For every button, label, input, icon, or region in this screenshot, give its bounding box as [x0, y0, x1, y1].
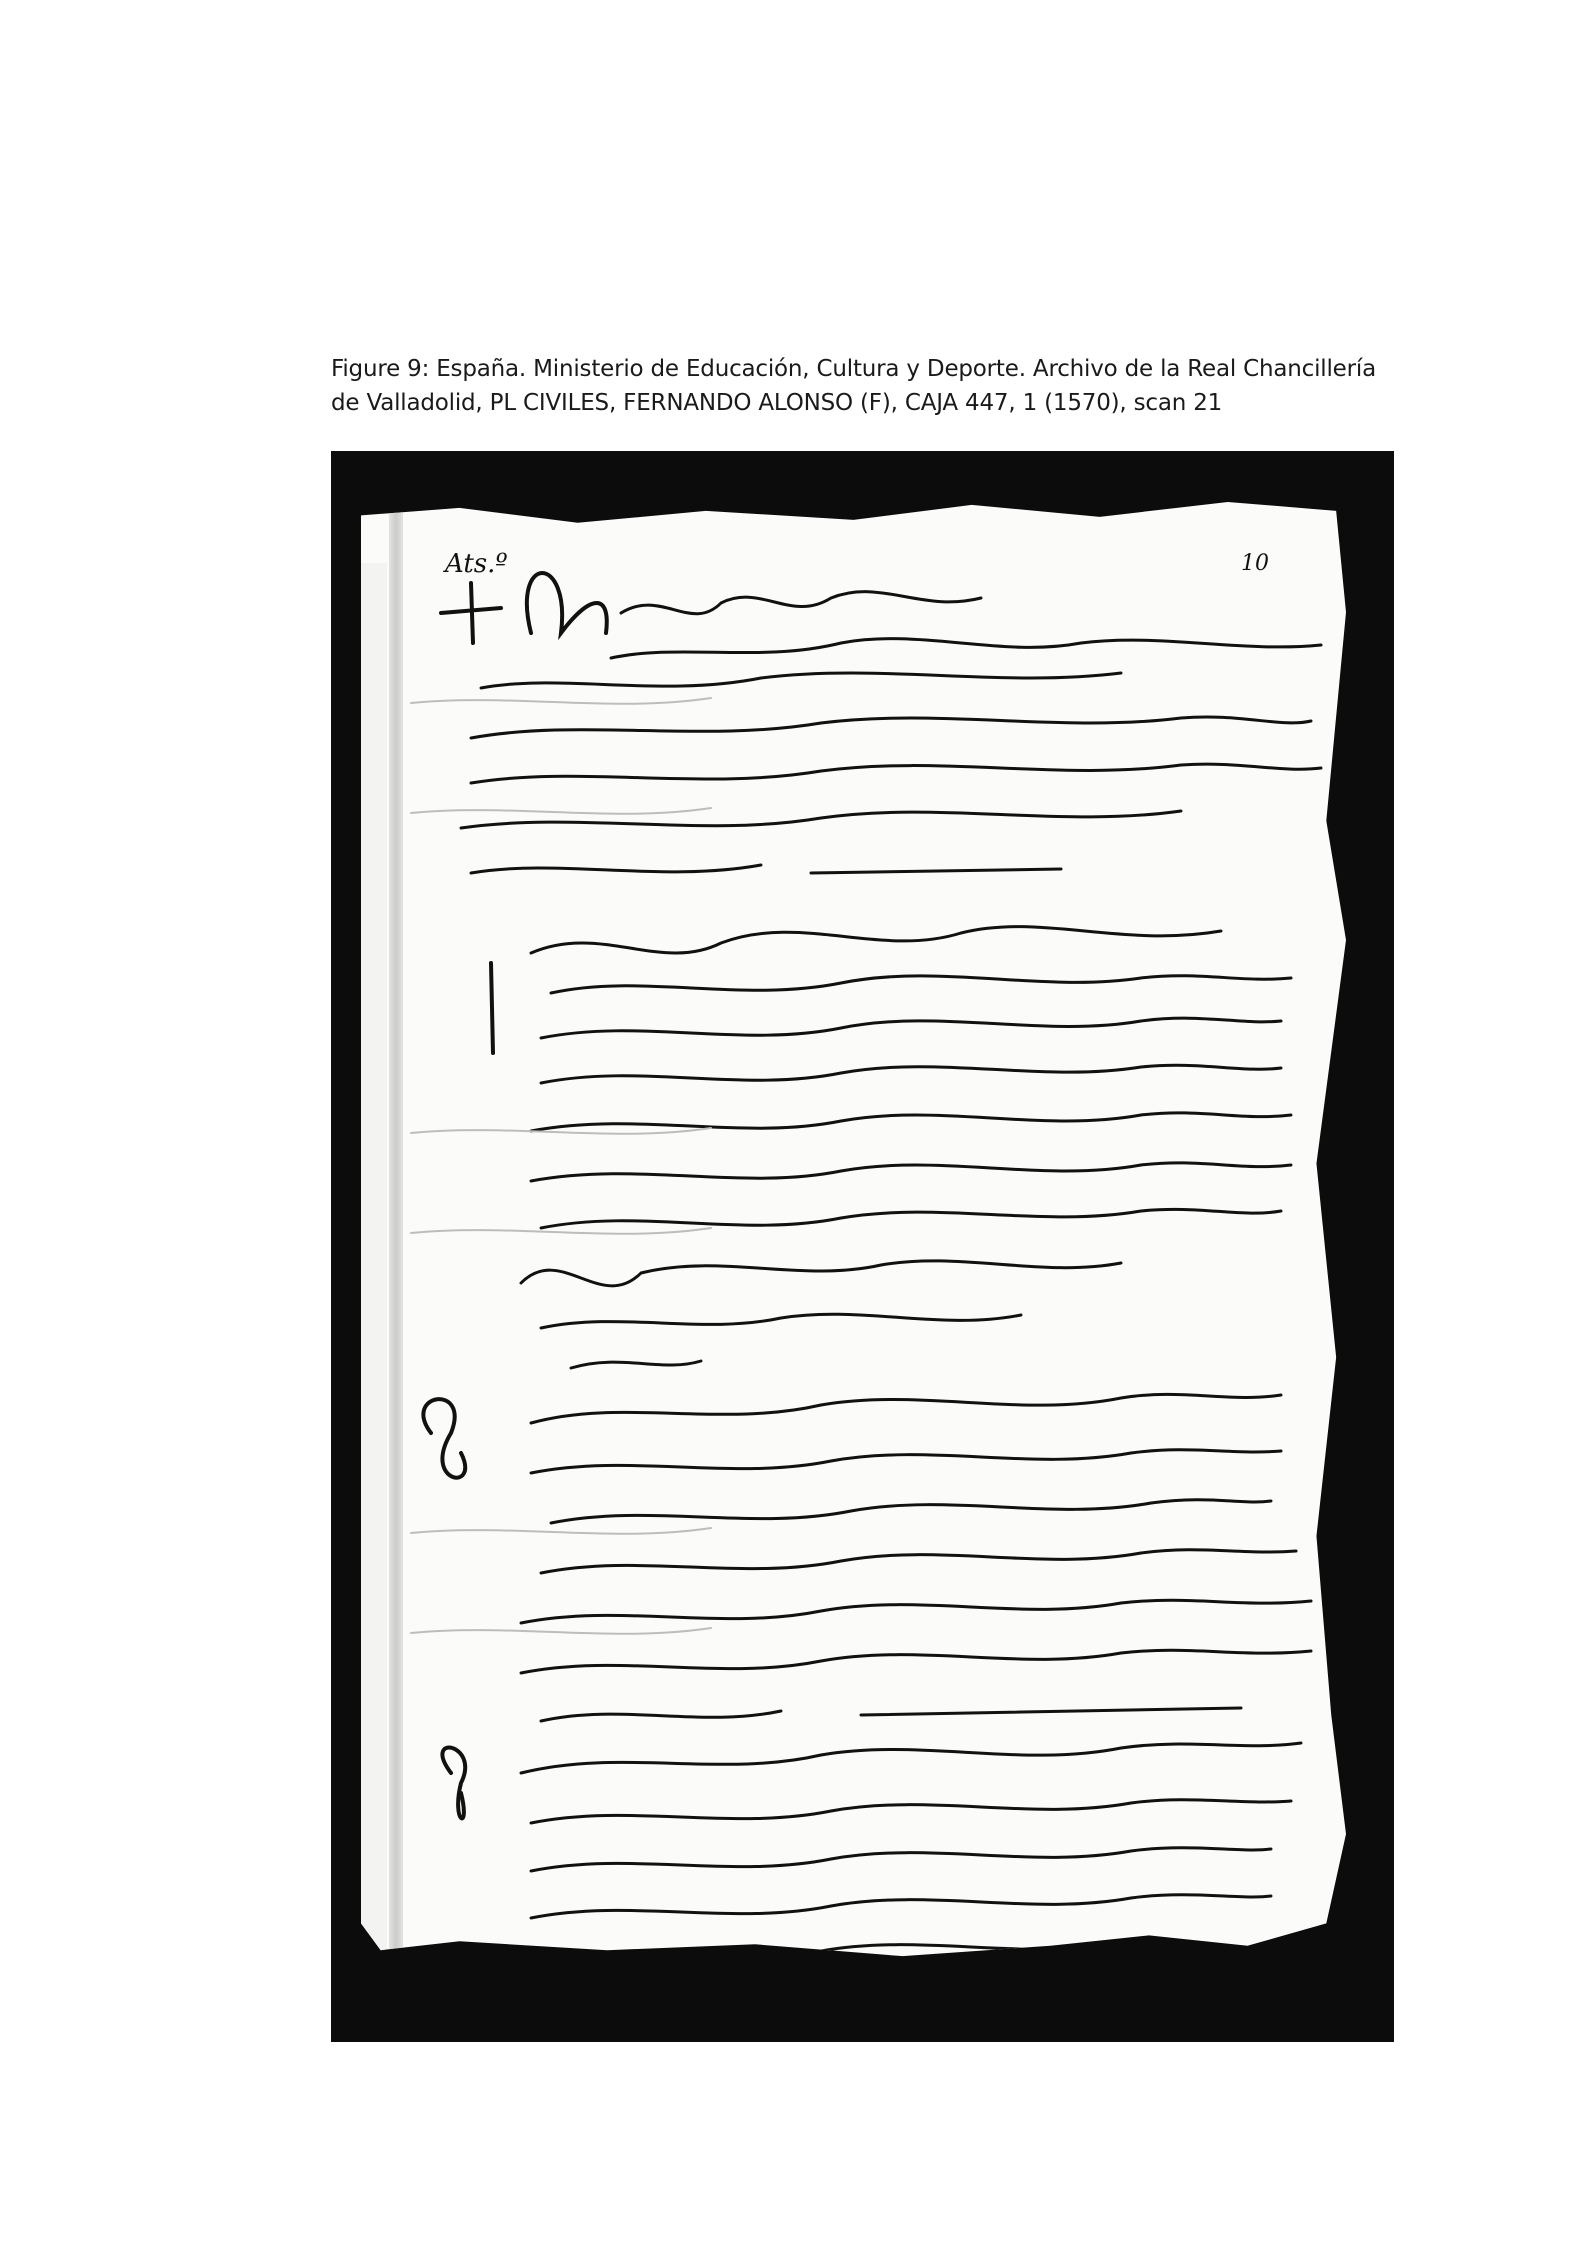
page-number: 481: [794, 1996, 840, 2024]
manuscript-page: Ats.º 10: [361, 493, 1346, 1983]
handwriting-strokes: [361, 493, 1346, 1983]
figure-caption: Figure 9: España. Ministerio de Educació…: [331, 352, 1391, 420]
manuscript-scan: Ats.º 10: [331, 451, 1394, 2042]
